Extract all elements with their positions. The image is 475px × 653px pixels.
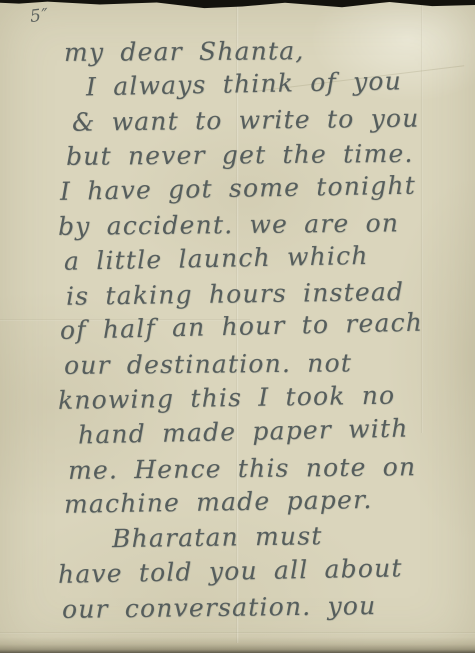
scan-top-edge (0, 0, 475, 9)
letter-line: a little launch which (52, 237, 474, 280)
horizontal-fold-crease-bottom (0, 632, 475, 634)
letter-body: my dear Shanta, I always think of you & … (52, 36, 473, 628)
paper-bottom-edge-shadow (0, 637, 475, 653)
letter-line: & want to write to you (52, 100, 473, 140)
letter-paper: 5″ my dear Shanta, I always think of you… (0, 0, 475, 653)
letter-line: our conversation. you (52, 588, 473, 628)
letter-scan: 5″ my dear Shanta, I always think of you… (0, 0, 475, 653)
letter-line: I always think of you (52, 63, 474, 106)
letter-line: machine made paper. (52, 482, 473, 523)
page-number: 5″ (29, 5, 50, 27)
letter-line: I have got some tonight (52, 168, 474, 210)
letter-line: have told you all about (52, 550, 474, 593)
